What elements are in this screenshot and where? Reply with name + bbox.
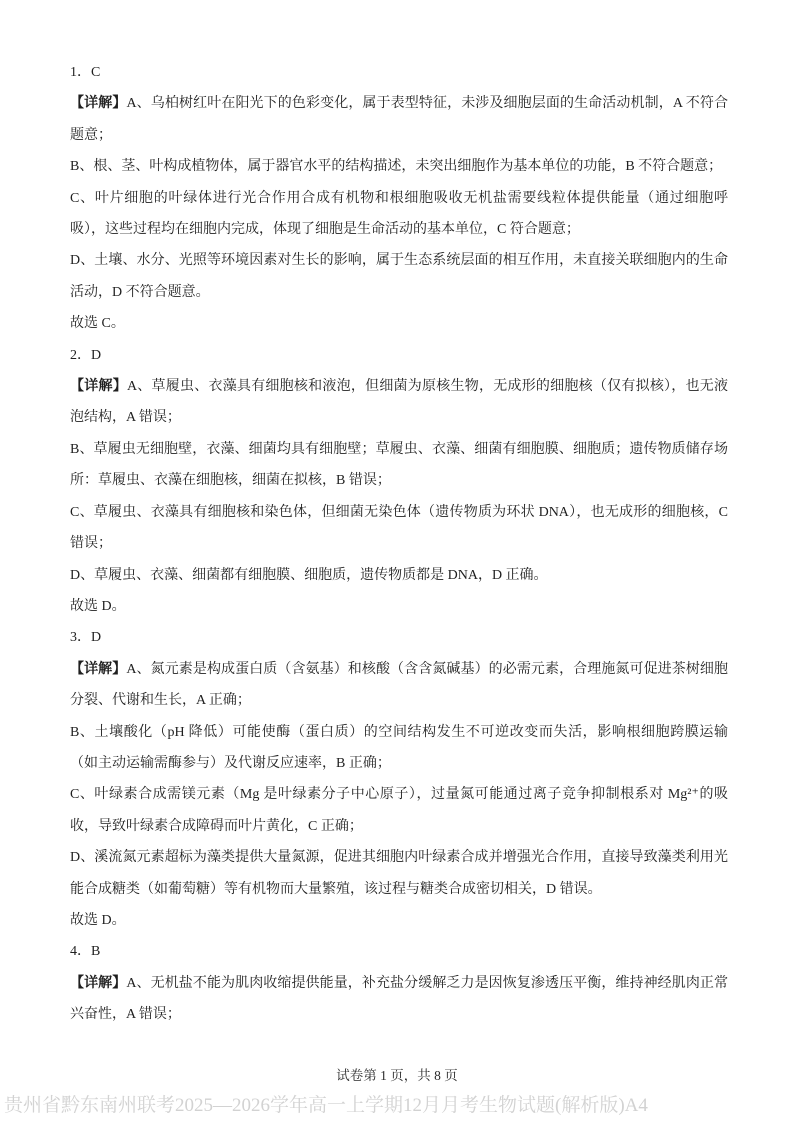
detail-label: 【详解】 — [70, 379, 127, 394]
question-3-answer: 3．D — [70, 622, 728, 653]
explanation-paragraph: D、草履虫、衣藻、细菌都有细胞膜、细胞质，遗传物质都是 DNA，D 正确。 — [70, 560, 728, 591]
document-watermark: 贵州省黔东南州联考2025—2026学年高一上学期12月月考生物试题(解析版)A… — [4, 1093, 794, 1119]
explanation-paragraph: B、根、茎、叶构成植物体，属于器官水平的结构描述，未突出细胞作为基本单位的功能，… — [70, 151, 728, 182]
question-4-answer: 4．B — [70, 936, 728, 967]
explanation-paragraph: C、叶绿素合成需镁元素（Mg 是叶绿素分子中心原子），过量氮可能通过离子竞争抑制… — [70, 779, 728, 842]
explanation-paragraph: 【详解】A、氮元素是构成蛋白质（含氨基）和核酸（含含氮碱基）的必需元素，合理施氮… — [70, 654, 728, 717]
detail-label: 【详解】 — [70, 96, 126, 111]
chosen-answer-line: 故选 D。 — [70, 591, 728, 622]
page-number-footer: 试卷第 1 页，共 8 页 — [0, 1066, 794, 1086]
question-4-block: 4．B 【详解】A、无机盐不能为肌肉收缩提供能量，补充盐分缓解乏力是因恢复渗透压… — [70, 936, 728, 1030]
question-1-answer: 1．C — [70, 57, 728, 88]
answer-sheet-content: 1．C 【详解】A、乌柏树红叶在阳光下的色彩变化，属于表型特征，未涉及细胞层面的… — [70, 57, 728, 1031]
question-3-block: 3．D 【详解】A、氮元素是构成蛋白质（含氨基）和核酸（含含氮碱基）的必需元素，… — [70, 622, 728, 936]
explanation-paragraph: C、草履虫、衣藻具有细胞核和染色体，但细菌无染色体（遗传物质为环状 DNA），也… — [70, 497, 728, 560]
explanation-text: A、草履虫、衣藻具有细胞核和液泡，但细菌为原核生物，无成形的细胞核（仅有拟核），… — [70, 379, 728, 425]
explanation-text: A、无机盐不能为肌肉收缩提供能量，补充盐分缓解乏力是因恢复渗透压平衡，维持神经肌… — [70, 976, 728, 1022]
question-2-block: 2．D 【详解】A、草履虫、衣藻具有细胞核和液泡，但细菌为原核生物，无成形的细胞… — [70, 340, 728, 623]
explanation-paragraph: B、土壤酸化（pH 降低）可能使酶（蛋白质）的空间结构发生不可逆改变而失活，影响… — [70, 717, 728, 780]
detail-label: 【详解】 — [70, 662, 126, 677]
explanation-paragraph: B、草履虫无细胞壁，衣藻、细菌均具有细胞壁；草履虫、衣藻、细菌有细胞膜、细胞质；… — [70, 434, 728, 497]
explanation-paragraph: C、叶片细胞的叶绿体进行光合作用合成有机物和根细胞吸收无机盐需要线粒体提供能量（… — [70, 183, 728, 246]
explanation-text: A、乌柏树红叶在阳光下的色彩变化，属于表型特征，未涉及细胞层面的生命活动机制，A… — [70, 96, 728, 142]
explanation-paragraph: D、溪流氮元素超标为藻类提供大量氮源，促进其细胞内叶绿素合成并增强光合作用，直接… — [70, 842, 728, 905]
detail-label: 【详解】 — [70, 976, 126, 991]
question-2-answer: 2．D — [70, 340, 728, 371]
chosen-answer-line: 故选 C。 — [70, 308, 728, 339]
explanation-paragraph: 【详解】A、草履虫、衣藻具有细胞核和液泡，但细菌为原核生物，无成形的细胞核（仅有… — [70, 371, 728, 434]
chosen-answer-line: 故选 D。 — [70, 905, 728, 936]
explanation-paragraph: 【详解】A、乌柏树红叶在阳光下的色彩变化，属于表型特征，未涉及细胞层面的生命活动… — [70, 88, 728, 151]
explanation-text: A、氮元素是构成蛋白质（含氨基）和核酸（含含氮碱基）的必需元素，合理施氮可促进茶… — [70, 662, 728, 708]
explanation-paragraph: D、土壤、水分、光照等环境因素对生长的影响，属于生态系统层面的相互作用，未直接关… — [70, 245, 728, 308]
question-1-block: 1．C 【详解】A、乌柏树红叶在阳光下的色彩变化，属于表型特征，未涉及细胞层面的… — [70, 57, 728, 340]
explanation-paragraph: 【详解】A、无机盐不能为肌肉收缩提供能量，补充盐分缓解乏力是因恢复渗透压平衡，维… — [70, 968, 728, 1031]
